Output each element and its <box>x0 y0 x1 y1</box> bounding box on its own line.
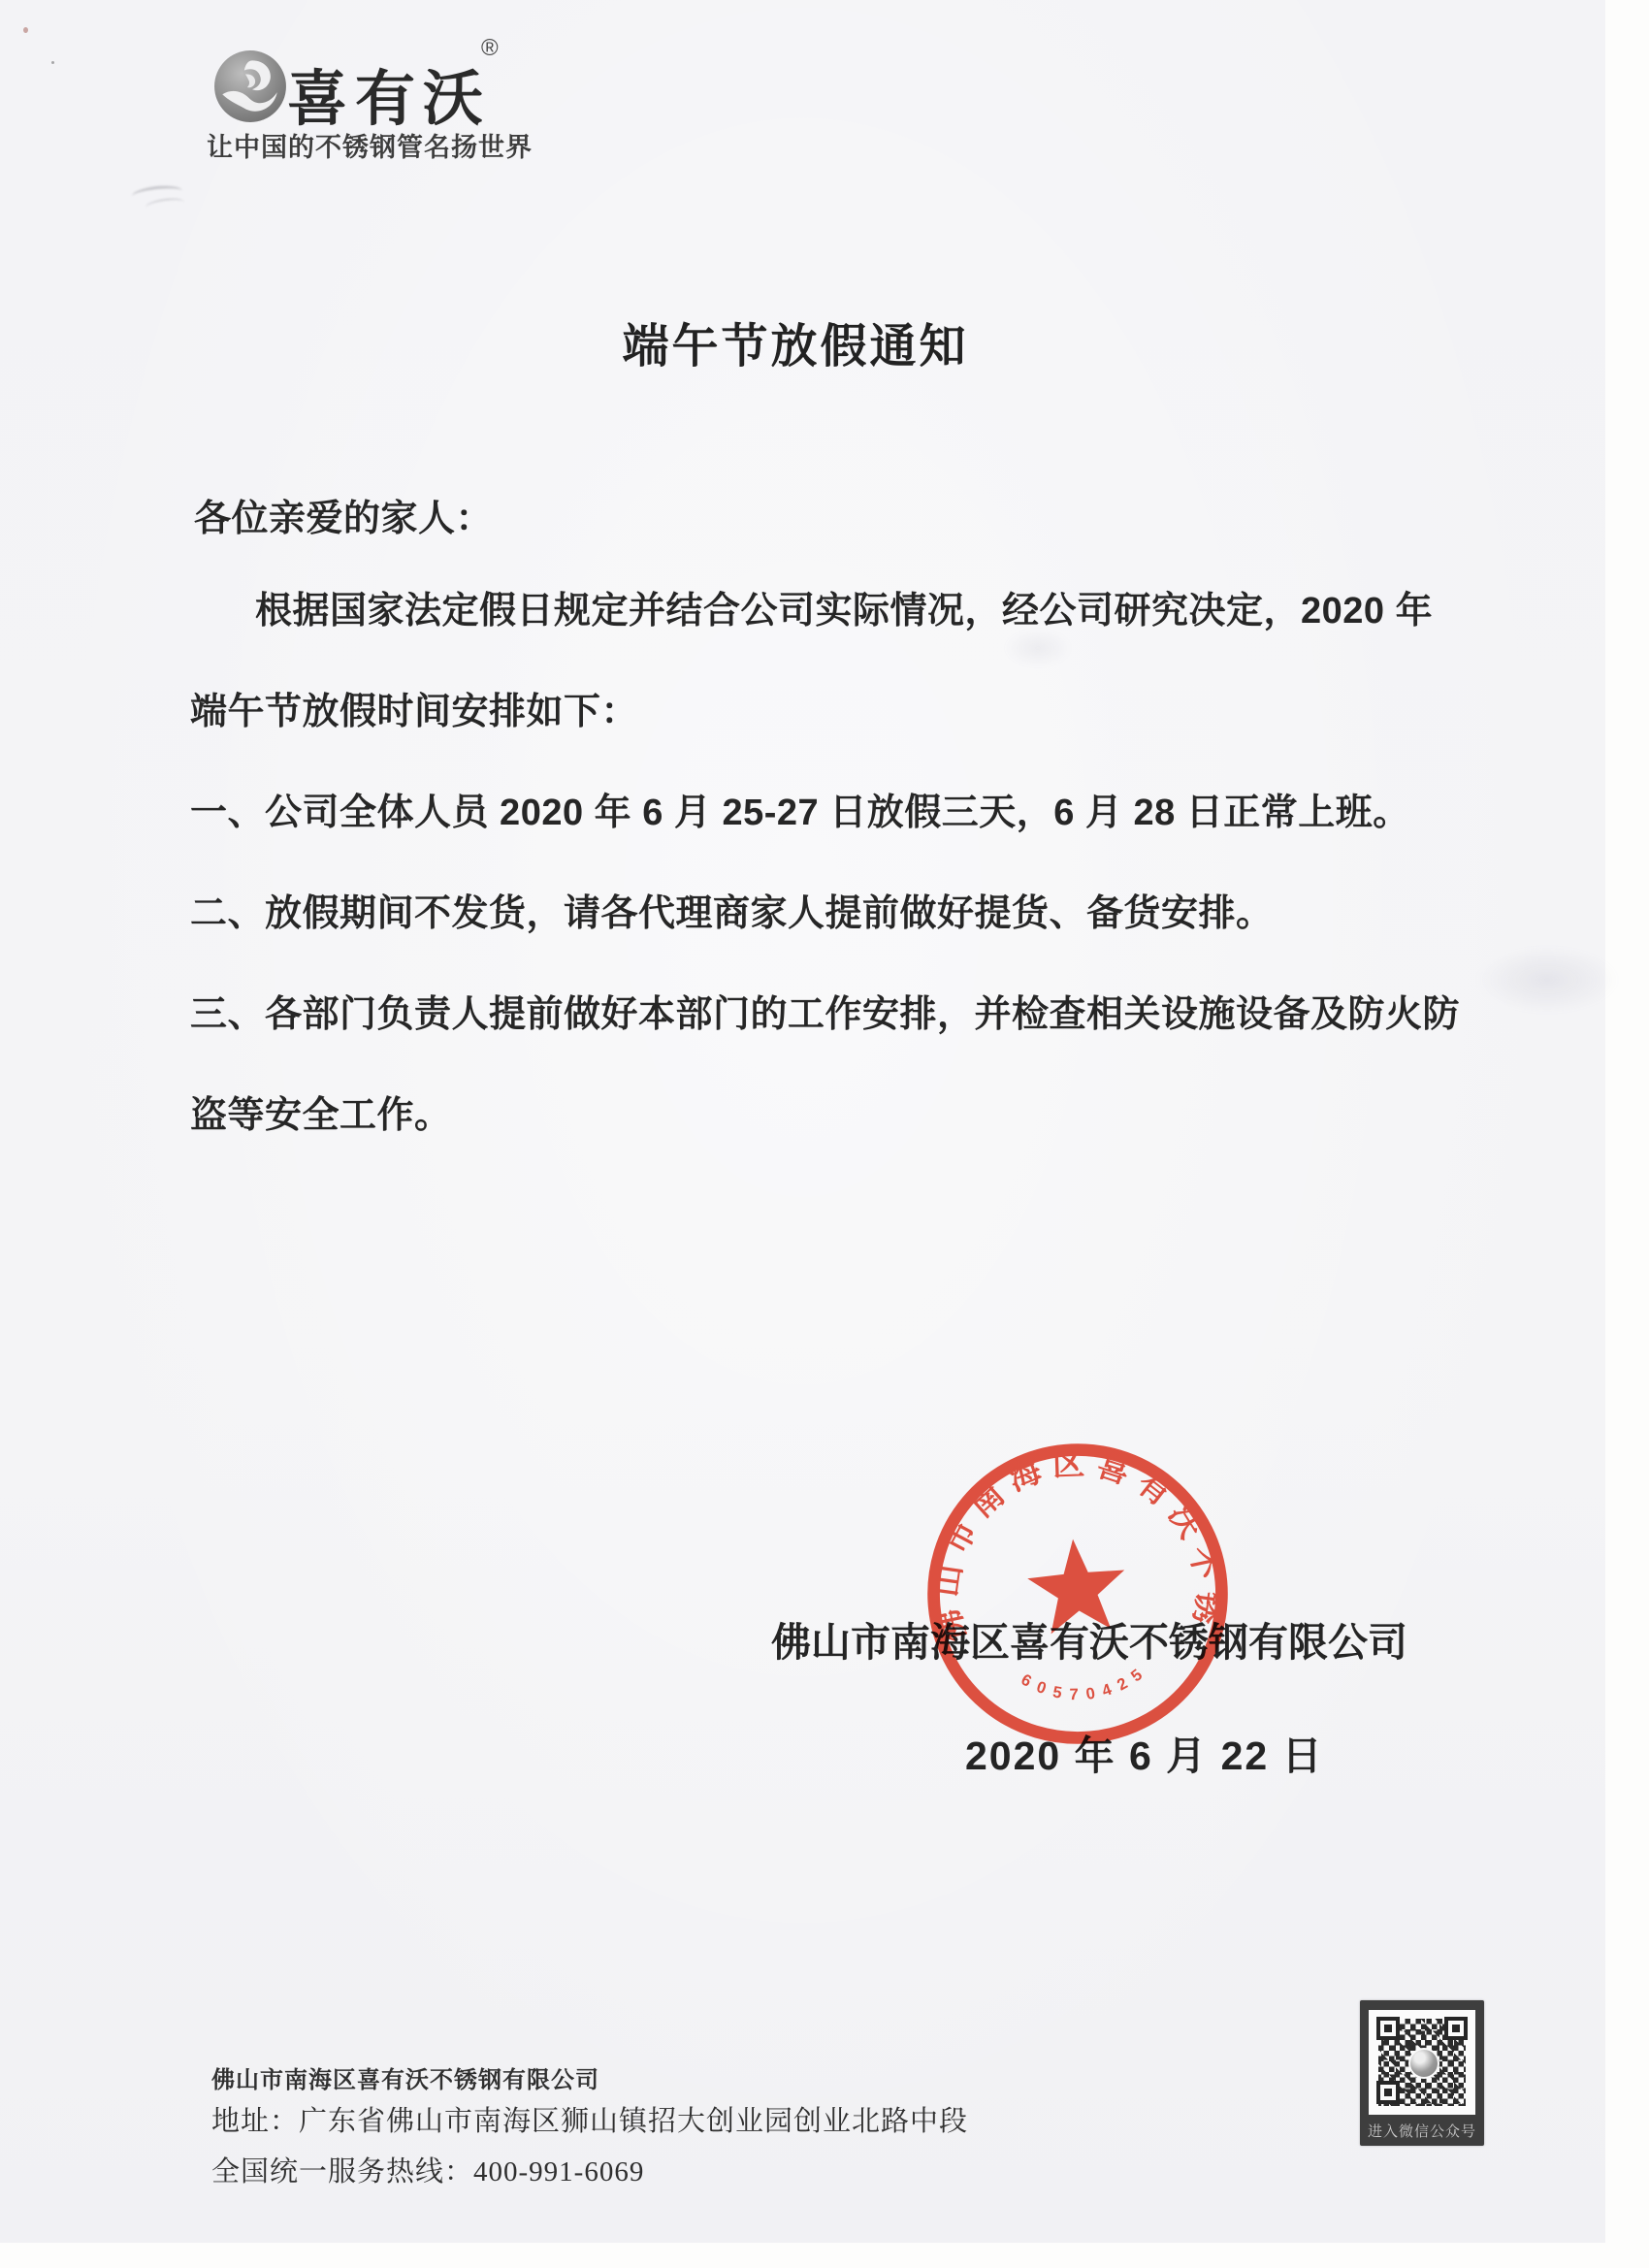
registered-trademark-icon: ® <box>481 35 499 62</box>
list-item-2: 二、放假期间不发货，请各代理商家人提前做好提货、备货安排。 <box>190 883 1274 936</box>
qr-finder-icon <box>1444 2017 1468 2040</box>
scan-smudge <box>1474 946 1620 1014</box>
brand-tagline: 让中国的不锈钢管名扬世界 <box>207 126 533 164</box>
paragraph-line: 端午节放假时间安排如下： <box>190 681 638 734</box>
brand-name: 喜有沃 <box>287 50 491 137</box>
qr-center-logo-icon <box>1408 2048 1439 2079</box>
list-item-3-continued: 盗等安全工作。 <box>190 1085 452 1138</box>
scan-speck <box>51 61 54 64</box>
qr-caption: 进入微信公众号 <box>1360 2121 1484 2141</box>
scan-speck <box>23 27 28 33</box>
scanned-page: 喜有沃 ® 让中国的不锈钢管名扬世界 端午节放假通知 各位亲爱的家人： 根据国家… <box>0 0 1605 2243</box>
svg-text:60570425: 60570425 <box>1017 1659 1154 1709</box>
seal-ring-text: 佛山市南海区喜有沃不锈钢有限公司 <box>903 1419 1231 1664</box>
list-item-3: 三、各部门负责人提前做好本部门的工作安排，并检查相关设施设备及防火防 <box>190 984 1460 1037</box>
footer-address: 地址：广东省佛山市南海区狮山镇招大创业园创业北路中段 <box>211 2099 968 2139</box>
qr-finder-icon <box>1376 2081 1400 2104</box>
wechat-qr-code: 进入微信公众号 <box>1360 2000 1484 2146</box>
seal-star-icon <box>1024 1535 1129 1636</box>
document-title: 端午节放假通知 <box>0 308 1591 375</box>
qr-finder-icon <box>1376 2017 1400 2040</box>
qr-code-image <box>1369 2010 1475 2115</box>
svg-text:佛山市南海区喜有沃不锈钢有限公司: 佛山市南海区喜有沃不锈钢有限公司 <box>903 1419 1231 1664</box>
xiyouwo-logo-icon <box>212 49 288 124</box>
paragraph-line: 根据国家法定假日规定并结合公司实际情况，经公司研究决定，2020 年 <box>255 580 1433 633</box>
footer-company: 佛山市南海区喜有沃不锈钢有限公司 <box>211 2060 599 2094</box>
seal-serial-number: 60570425 <box>1017 1659 1154 1709</box>
salutation: 各位亲爱的家人： <box>194 488 493 541</box>
footer-hotline: 全国统一服务热线：400-991-6069 <box>211 2150 644 2189</box>
list-item-1: 一、公司全体人员 2020 年 6 月 25-27 日放假三天，6 月 28 日… <box>190 782 1410 835</box>
scan-smudge <box>1004 629 1072 667</box>
company-seal-stamp: 佛山市南海区喜有沃不锈钢有限公司 60570425 <box>903 1419 1252 1768</box>
